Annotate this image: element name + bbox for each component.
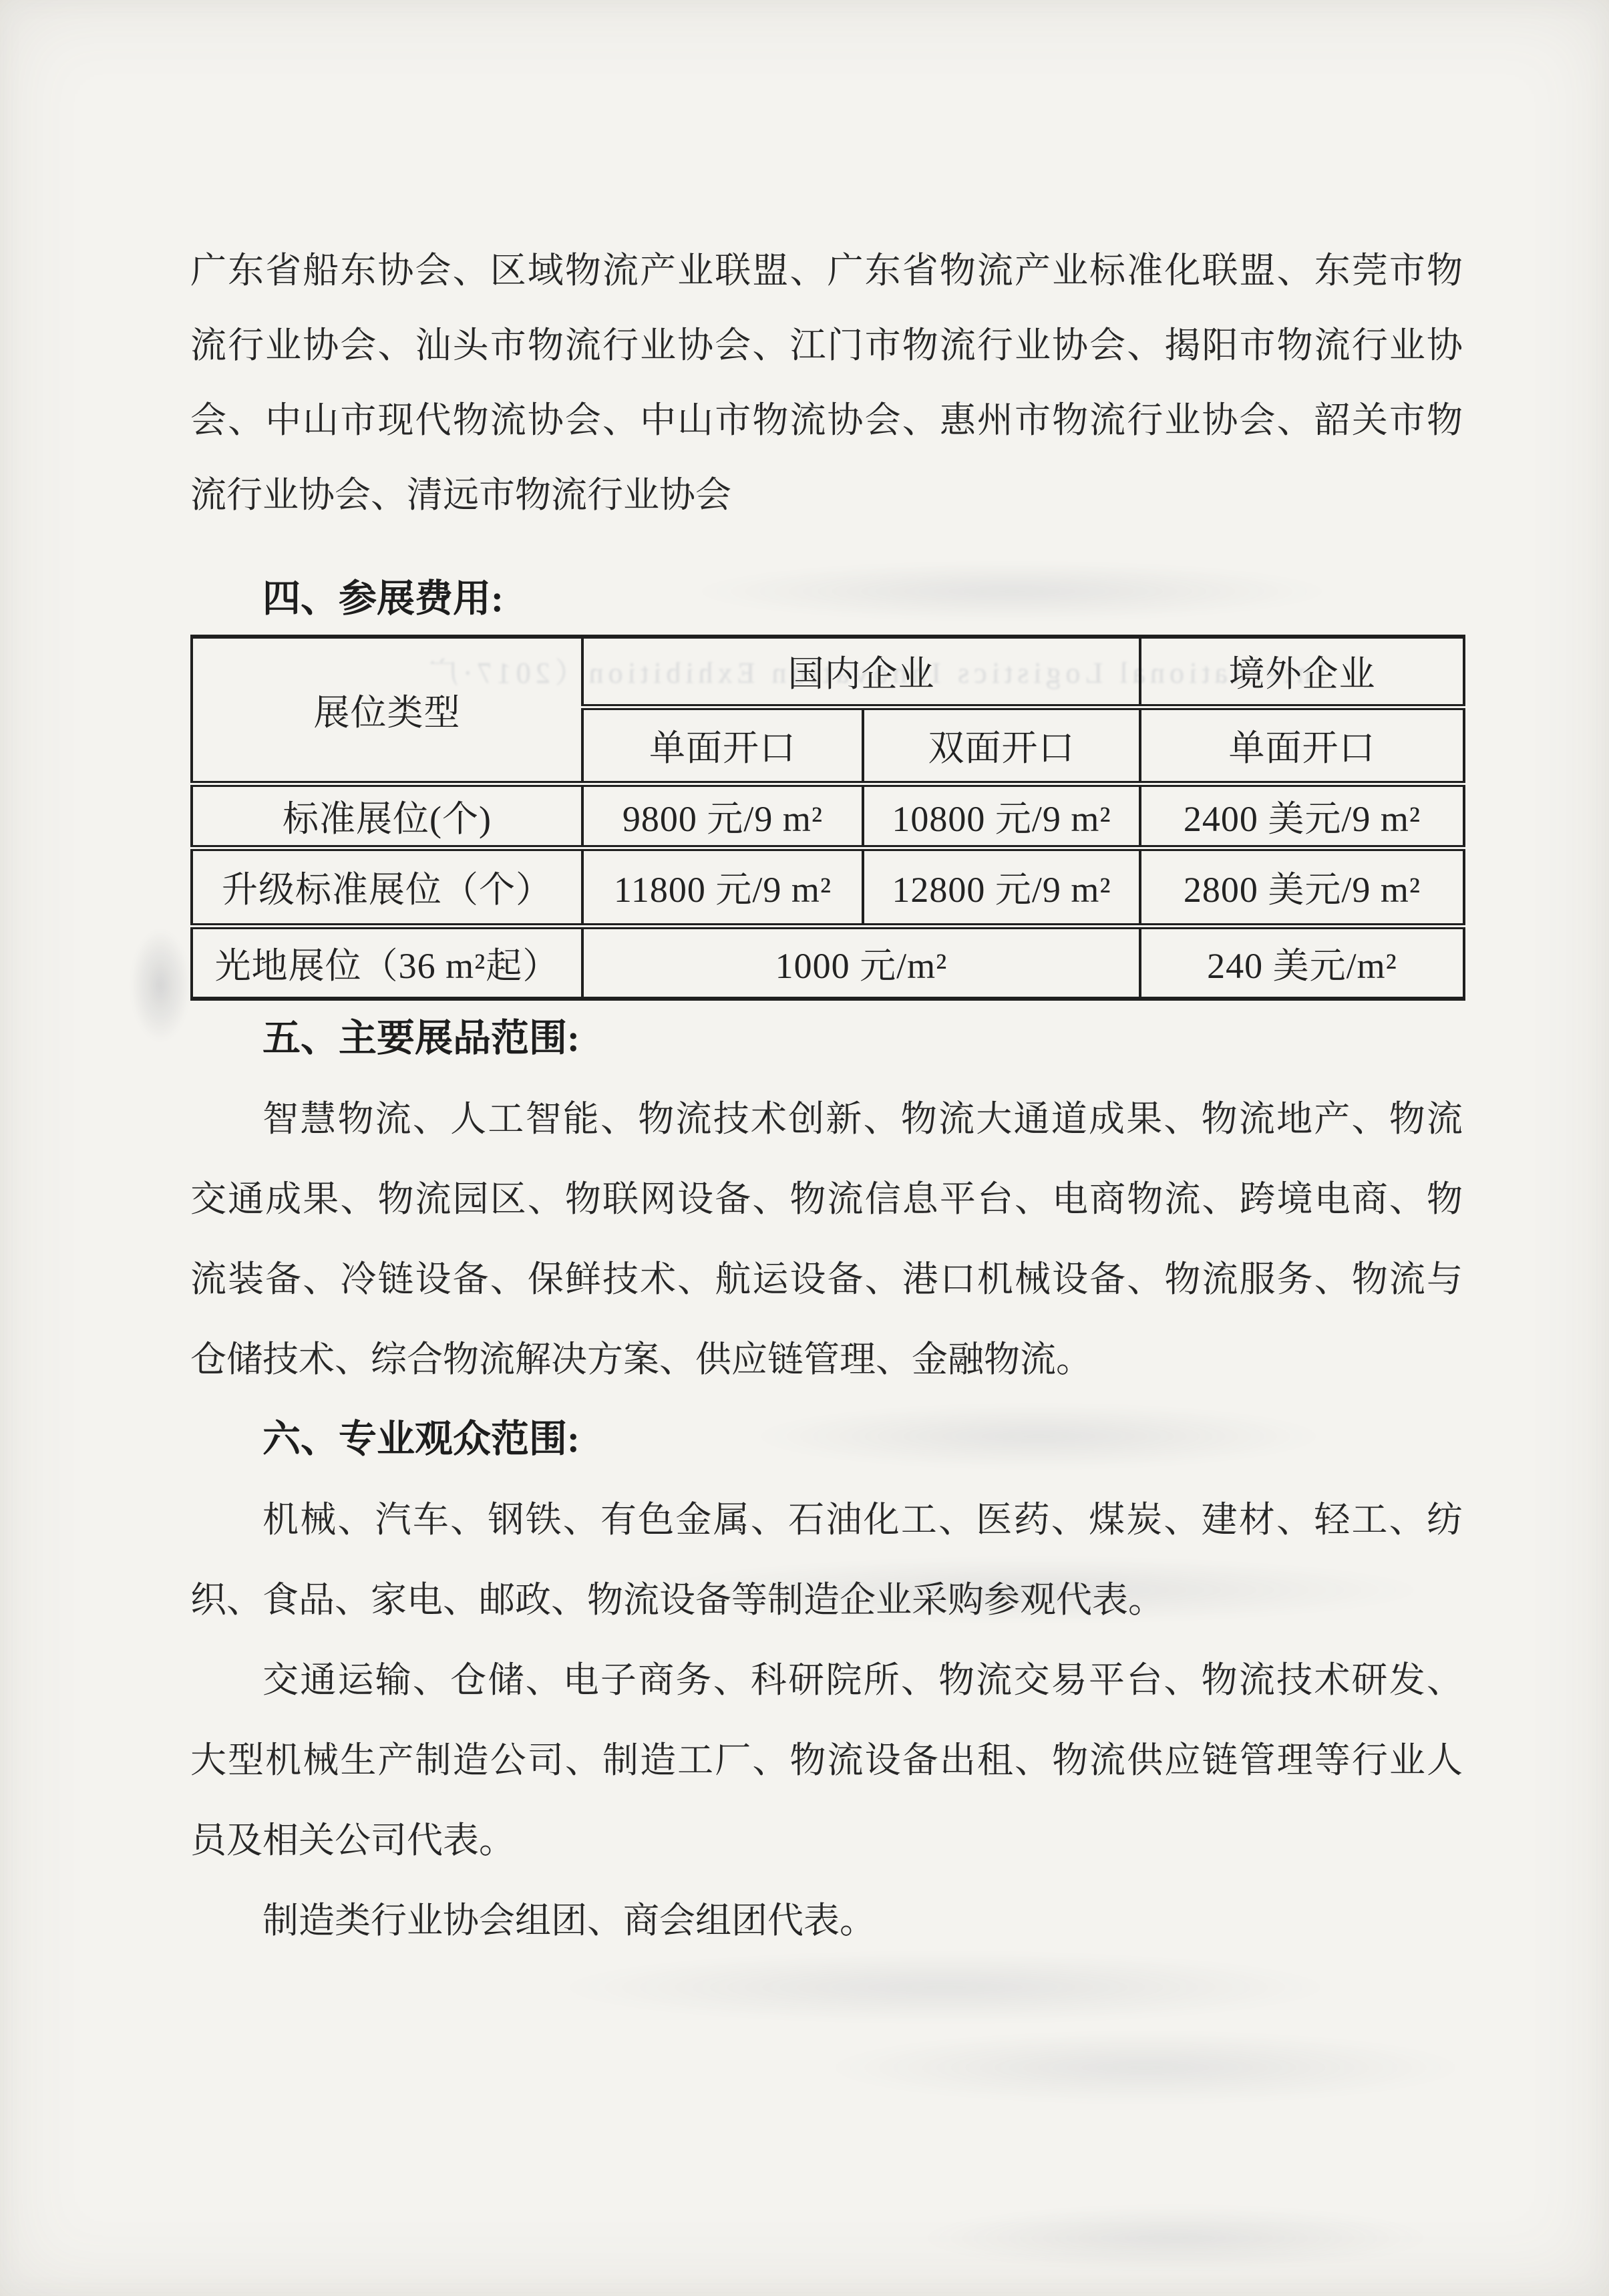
audience-manufacturing-paragraph: 机械、汽车、钢铁、有色金属、石油化工、医药、煤炭、建材、轻工、纺 织、食品、家电… xyxy=(190,1480,1463,1640)
paragraph-line: 广东省船东协会、区域物流产业联盟、广东省物流产业标准化联盟、东莞市物 xyxy=(190,233,1463,308)
bleedthrough-smudge xyxy=(130,929,190,1042)
audience-industry-paragraph: 交通运输、仓储、电子商务、科研院所、物流交易平台、物流技术研发、 大型机械生产制… xyxy=(190,1640,1463,1880)
section-heading-fees: 四、参展费用: xyxy=(190,559,1463,639)
booth-row-label: 标准展位(个) xyxy=(192,784,582,848)
price-cell: 2400 美元/9 m² xyxy=(1140,784,1464,848)
paragraph-line: 机械、汽车、钢铁、有色金属、石油化工、医药、煤炭、建材、轻工、纺 xyxy=(190,1480,1463,1560)
section-heading-audience: 六、专业观众范围: xyxy=(190,1400,1463,1480)
intro-paragraph: 广东省船东协会、区域物流产业联盟、广东省物流产业标准化联盟、东莞市物 流行业协会… xyxy=(190,233,1463,532)
bleedthrough-smudge xyxy=(922,2204,1429,2271)
bleedthrough-smudge xyxy=(828,2031,1463,2104)
section-heading-exhibits: 五、主要展品范围: xyxy=(190,999,1463,1079)
single-open-header-cell: 单面开口 xyxy=(582,707,863,784)
domestic-header-cell: 国内企业 xyxy=(582,637,1140,707)
paragraph-line: 交通成果、物流园区、物联网设备、物流信息平台、电商物流、跨境电商、物 xyxy=(190,1159,1463,1239)
paragraph-line: 大型机械生产制造公司、制造工厂、物流设备出租、物流供应链管理等行业人 xyxy=(190,1720,1463,1800)
price-cell: 240 美元/m² xyxy=(1140,926,1464,999)
price-cell: 10800 元/9 m² xyxy=(863,784,1140,848)
bleedthrough-smudge xyxy=(561,1951,1329,2024)
booth-row-label: 升级标准展位（个） xyxy=(192,848,582,926)
single-open-header-cell: 单面开口 xyxy=(1140,707,1464,784)
paragraph-line: 流行业协会、清远市物流行业协会 xyxy=(190,458,1463,532)
price-cell: 2800 美元/9 m² xyxy=(1140,848,1464,926)
paragraph-line: 智慧物流、人工智能、物流技术创新、物流大通道成果、物流地产、物流 xyxy=(190,1079,1463,1159)
paragraph-line: 织、食品、家电、邮政、物流设备等制造企业采购参观代表。 xyxy=(190,1560,1463,1640)
fee-table: 展位类型 国内企业 境外企业 单面开口 双面开口 单面开口 标准展位(个) 98… xyxy=(190,635,1465,1001)
paragraph-line: 制造类行业协会组团、商会组团代表。 xyxy=(190,1880,1463,1961)
paragraph-line: 员及相关公司代表。 xyxy=(190,1800,1463,1880)
price-cell: 12800 元/9 m² xyxy=(863,848,1140,926)
paragraph-line: 会、中山市现代物流协会、中山市物流协会、惠州市物流行业协会、韶关市物 xyxy=(190,383,1463,458)
double-open-header-cell: 双面开口 xyxy=(863,707,1140,784)
scanned-document-page: International Logistics Innovation Exhib… xyxy=(0,0,1609,2296)
booth-type-header-cell: 展位类型 xyxy=(192,637,582,784)
paragraph-line: 仓储技术、综合物流解决方案、供应链管理、金融物流。 xyxy=(190,1319,1463,1400)
exhibits-paragraph: 智慧物流、人工智能、物流技术创新、物流大通道成果、物流地产、物流 交通成果、物流… xyxy=(190,1079,1463,1400)
audience-groups-paragraph: 制造类行业协会组团、商会组团代表。 xyxy=(190,1880,1463,1961)
paragraph-line: 交通运输、仓储、电子商务、科研院所、物流交易平台、物流技术研发、 xyxy=(190,1640,1463,1720)
booth-row-label: 光地展位（36 m²起） xyxy=(192,926,582,999)
price-cell: 9800 元/9 m² xyxy=(582,784,863,848)
overseas-header-cell: 境外企业 xyxy=(1140,637,1464,707)
paragraph-line: 流行业协会、汕头市物流行业协会、江门市物流行业协会、揭阳市物流行业协 xyxy=(190,308,1463,383)
price-cell: 1000 元/m² xyxy=(582,926,1140,999)
price-cell: 11800 元/9 m² xyxy=(582,848,863,926)
paragraph-line: 流装备、冷链设备、保鲜技术、航运设备、港口机械设备、物流服务、物流与 xyxy=(190,1239,1463,1319)
